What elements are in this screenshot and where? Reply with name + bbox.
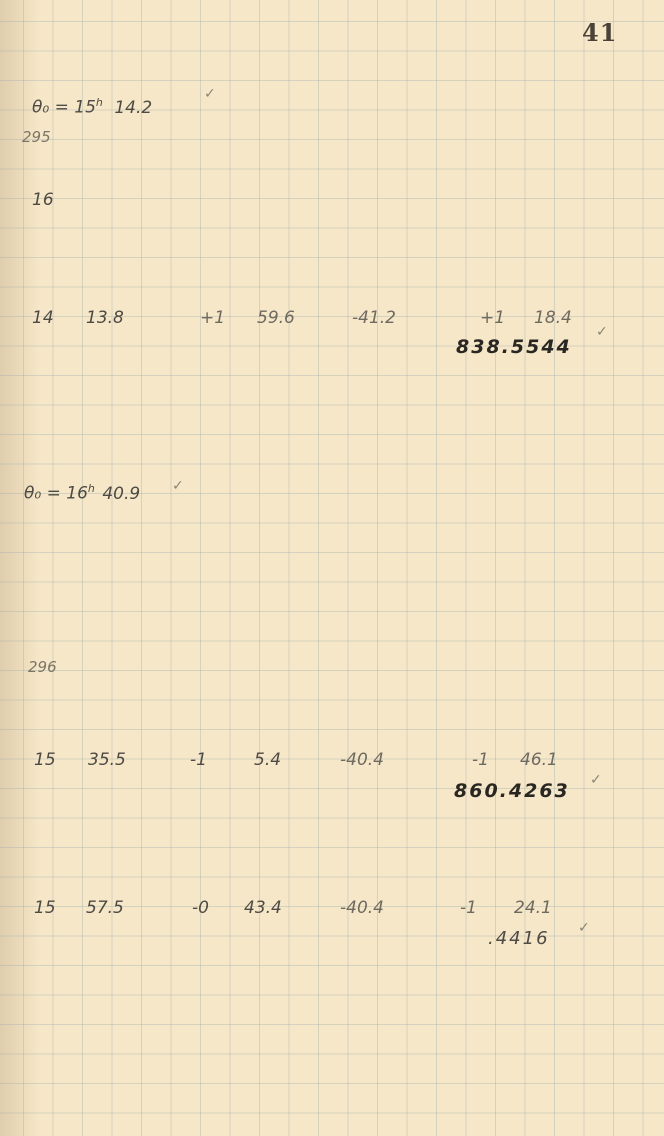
cell-correction: -40.4 xyxy=(340,750,384,770)
notebook-page: 41 θ₀ = 15h 14.2 ✓ 295 16 14 13.8 +1 59.… xyxy=(0,0,664,1136)
check-icon: ✓ xyxy=(578,920,590,936)
cell-hour: 15 xyxy=(34,898,56,918)
row-label: 16 xyxy=(32,190,54,210)
cell-minutes: 13.8 xyxy=(86,308,124,328)
cell-correction: -41.2 xyxy=(352,308,396,328)
theta-hours: 15 xyxy=(74,98,96,118)
cell-sign-deg: -0 xyxy=(192,898,209,918)
cell-value: 5.4 xyxy=(254,750,281,770)
page-number: 41 xyxy=(582,18,617,47)
reference-number: 296 xyxy=(28,658,57,676)
cell-value: 59.6 xyxy=(257,308,295,328)
check-icon: ✓ xyxy=(590,772,602,788)
check-icon: ✓ xyxy=(596,324,608,340)
hour-unit: h xyxy=(96,96,103,109)
reference-number: 295 xyxy=(22,128,51,146)
cell-value: 43.4 xyxy=(244,898,282,918)
hour-unit: h xyxy=(88,482,95,495)
cell-sign-deg-2: -1 xyxy=(472,750,489,770)
cell-hour: 14 xyxy=(32,308,54,328)
cell-sign-deg-2: -1 xyxy=(460,898,477,918)
result-value: 860.4263 xyxy=(454,780,570,802)
cell-minutes: 35.5 xyxy=(88,750,126,770)
cell-sign-deg-2: +1 xyxy=(480,308,505,328)
theta-label: θ₀ = xyxy=(32,98,69,118)
theta-label: θ₀ = xyxy=(24,484,61,504)
theta-hours: 16 xyxy=(66,484,88,504)
theta-0-line-1: θ₀ = 15h 14.2 xyxy=(32,96,152,118)
theta-0-line-2: θ₀ = 16h 40.9 xyxy=(24,482,140,504)
theta-minutes: 40.9 xyxy=(102,484,140,504)
theta-minutes: 14.2 xyxy=(114,98,152,118)
cell-value-2: 18.4 xyxy=(534,308,572,328)
check-icon: ✓ xyxy=(172,478,184,494)
result-value: 838.5544 xyxy=(456,336,572,358)
cell-correction: -40.4 xyxy=(340,898,384,918)
check-icon: ✓ xyxy=(204,86,216,102)
result-value: .4416 xyxy=(488,928,550,949)
cell-sign-deg: +1 xyxy=(200,308,225,328)
cell-hour: 15 xyxy=(34,750,56,770)
cell-sign-deg: -1 xyxy=(190,750,207,770)
cell-value-2: 46.1 xyxy=(520,750,558,770)
cell-minutes: 57.5 xyxy=(86,898,124,918)
cell-value-2: 24.1 xyxy=(514,898,552,918)
